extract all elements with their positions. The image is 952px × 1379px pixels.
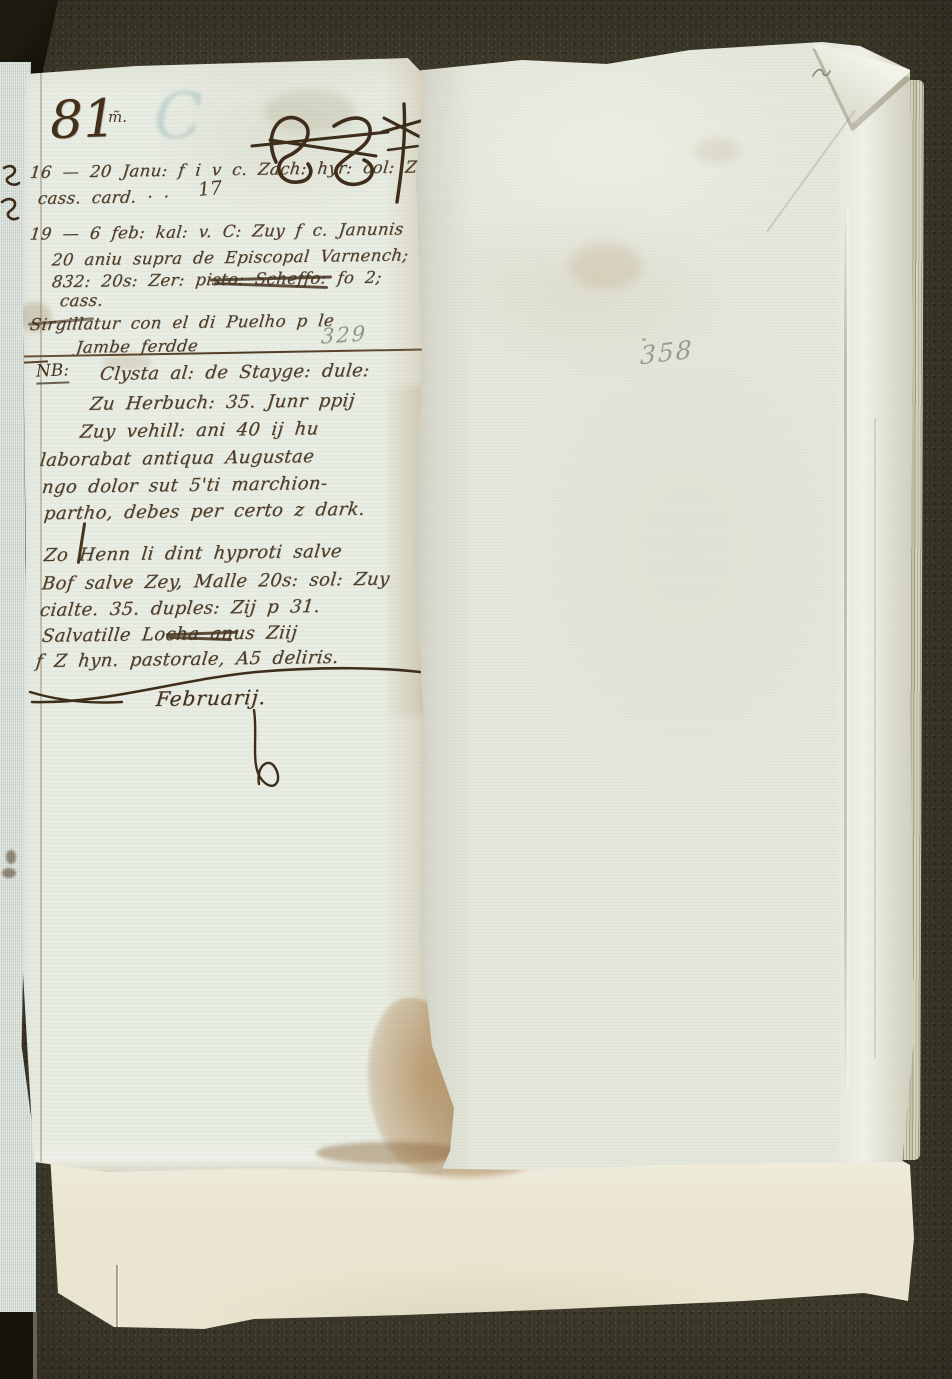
paper-crack: [116, 1265, 118, 1327]
cover-board-edge: [0, 1312, 33, 1379]
handwriting-line: 19 — 6 feb: kal: v. C: Zuy f c. Janunis: [29, 219, 405, 243]
crease-line: [766, 110, 856, 233]
handwriting-line: 20 aniu supra de Episcopal Varnench;: [51, 245, 410, 269]
descender-flourish-icon: [224, 708, 294, 808]
margin-ink-marks-icon: [0, 160, 24, 230]
handwriting-line: Clysta al: de Stayge: dule:: [99, 360, 371, 385]
cover-seam-line: [33, 1312, 37, 1379]
handwriting-line: Zuy vehill: ani 40 ij hu: [79, 418, 320, 442]
handwriting-line: Bof salve Zey, Malle 20s: sol: Zuy: [41, 569, 391, 595]
stain: [694, 138, 740, 164]
ink-showthrough-letter: C: [154, 80, 203, 154]
underlying-page: [44, 1143, 916, 1339]
handwriting-line: cialte. 35. duples: Zij p 31.: [39, 596, 321, 621]
crease-line: [874, 418, 876, 1058]
handwriting-line: cass. card. · ·: [37, 187, 170, 208]
cancelled-number: 17: [197, 177, 223, 201]
cloth-stain: [6, 850, 16, 864]
handwriting-line: partho, debes per certo z dark.: [43, 499, 366, 525]
stain: [570, 243, 642, 289]
asterisk-mark-icon: [397, 104, 405, 202]
folio-number: 81: [49, 89, 117, 151]
water-stain-rim: [316, 1142, 466, 1164]
folio-number-suffix: m̃.: [108, 108, 127, 126]
cloth-stain: [2, 868, 16, 878]
handwriting-line: Zo Henn li dint hyproti salve: [43, 541, 343, 566]
right-page: 358: [402, 38, 920, 1170]
handwriting-line: ngo dolor sut 5'ti marchion-: [41, 473, 329, 498]
handwriting-line: Sirgillatur con el di Puelho p le: [29, 311, 335, 334]
manuscript-scan: 358 81 m̃. C 16 — 20 Janu: f i v c. Zach…: [0, 0, 952, 1379]
cancelled-flourish-icon: [248, 98, 424, 214]
handwriting-line: Zu Herbuch: 35. Junr ppij: [89, 390, 356, 415]
handwriting-line: cass.: [59, 291, 104, 311]
pencil-foliation-number-right: 358: [640, 335, 694, 371]
handwriting-line: laborabat antiqua Augustae: [39, 446, 316, 471]
nota-bene-label: NB:: [36, 360, 70, 384]
corner-ink-mark-icon: [810, 64, 832, 82]
left-page-manuscript: 81 m̃. C 16 — 20 Janu: f i v c. Zach: hy…: [16, 56, 458, 1180]
pencil-foliation-number-left: 329: [321, 321, 368, 348]
crease-line: [844, 208, 847, 1088]
